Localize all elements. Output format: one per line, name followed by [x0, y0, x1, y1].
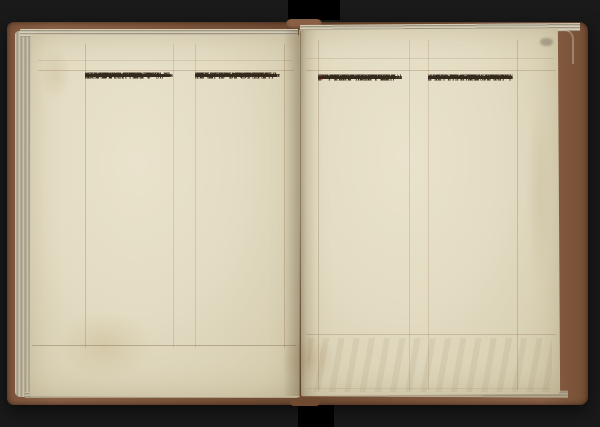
manuscript-text-line: nam uidia cōsimul inde notatur.: [318, 74, 395, 82]
parchment-wrinkles: [308, 338, 552, 392]
photographed-manuscript-scene: cuī in favore anīs usque ad flai pandigi…: [0, 0, 600, 427]
manuscript-text-line: aut uidendi. Nam si obcurris.: [195, 72, 266, 80]
manuscript-text-line: aut quedā simul inde memoratur.: [85, 72, 167, 80]
manuscript-text-line: iam uos simul inde memorātur.: [428, 74, 504, 82]
faint-folio-mark: [540, 38, 553, 46]
cradle-notch-top: [288, 0, 340, 20]
vellum-page-left: [30, 35, 301, 398]
gutter-fold-line: [300, 31, 301, 395]
